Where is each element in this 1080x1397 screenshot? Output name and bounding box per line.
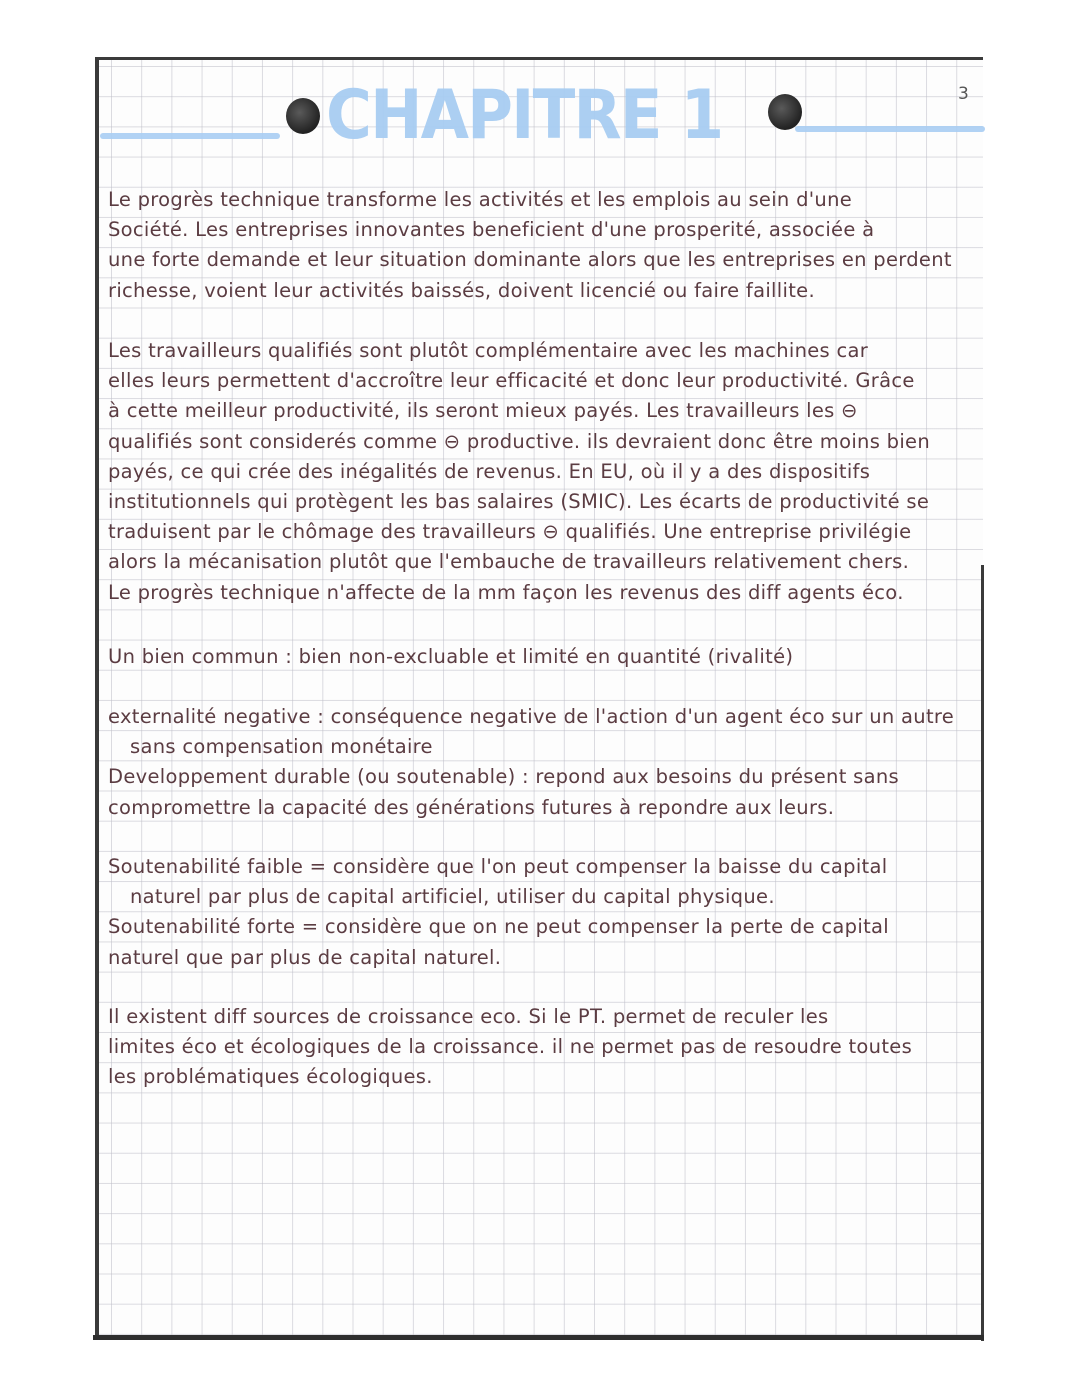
text-line: Le progrès technique n'affecte de la mm … [108,578,978,608]
text-line: compromettre la capacité des générations… [108,793,978,823]
text-line: Soutenabilité faible = considère que l'o… [108,852,978,882]
bullet-dot-icon [768,94,802,130]
text-line: externalité negative : conséquence negat… [108,702,978,732]
text-line: Soutenabilité forte = considère que on n… [108,912,978,942]
chapter-title: CHAPITRE 1 [326,82,722,150]
page-border-bottom [93,1335,984,1340]
text-line: richesse, voient leur activités baissés,… [108,276,978,306]
text-line: elles leurs permettent d'accroître leur … [108,366,978,396]
text-line: Le progrès technique transforme les acti… [108,185,978,215]
paragraph-sources-croissance: Il existent diff sources de croissance e… [108,1002,978,1093]
text-line: payés, ce qui crée des inégalités de rev… [108,457,978,487]
text-line: à cette meilleur productivité, ils seron… [108,396,978,426]
page-number: 3 [958,84,969,104]
title-underline-left [100,133,280,139]
text-line: Developpement durable (ou soutenable) : … [108,762,978,792]
paragraph-travailleurs-qualifies: Les travailleurs qualifiés sont plutôt c… [108,336,978,608]
text-line: traduisent par le chômage des travailleu… [108,517,978,547]
text-line: limites éco et écologiques de la croissa… [108,1032,978,1062]
text-line: naturel que par plus de capital naturel. [108,943,978,973]
bullet-dot-icon [286,98,320,134]
text-line: Société. Les entreprises innovantes bene… [108,215,978,245]
text-line: les problématiques écologiques. [108,1062,978,1092]
page-border-right [981,565,984,1341]
text-line: Les travailleurs qualifiés sont plutôt c… [108,336,978,366]
text-line: qualifiés sont considerés comme ⊖ produc… [108,427,978,457]
text-line: naturel par plus de capital artificiel, … [108,882,978,912]
definition-externalite-developpement: externalité negative : conséquence negat… [108,702,978,823]
paragraph-progres-technique: Le progrès technique transforme les acti… [108,185,978,306]
text-line: alors la mécanisation plutôt que l'embau… [108,547,978,577]
text-line: Un bien commun : bien non-excluable et l… [108,642,978,672]
text-line: Il existent diff sources de croissance e… [108,1002,978,1032]
text-line: institutionnels qui protègent les bas sa… [108,487,978,517]
title-underline-right [795,126,985,132]
definition-bien-commun: Un bien commun : bien non-excluable et l… [108,642,978,672]
text-line: sans compensation monétaire [108,732,978,762]
definition-soutenabilite: Soutenabilité faible = considère que l'o… [108,852,978,973]
text-line: une forte demande et leur situation domi… [108,245,978,275]
